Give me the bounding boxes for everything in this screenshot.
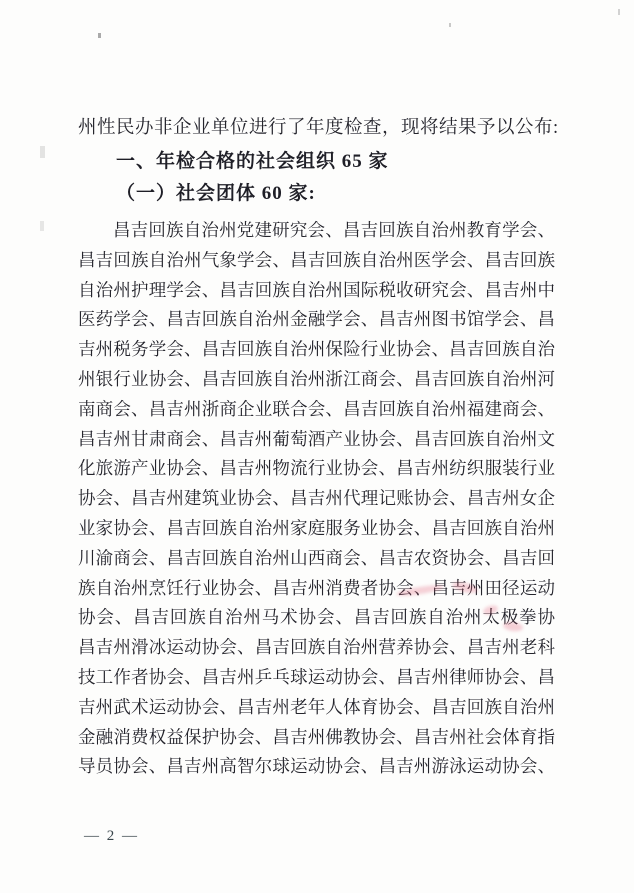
body-line: 昌吉回族自治州党建研究会、昌吉回族自治州教育学会、 xyxy=(78,216,555,246)
scan-speck xyxy=(449,23,451,27)
body-line: 化旅游产业协会、昌吉州物流行业协会、昌吉州纺织服装行业 xyxy=(78,454,555,484)
scan-speck xyxy=(98,33,101,38)
scan-speck xyxy=(618,9,620,15)
page-number: — 2 — xyxy=(84,828,139,845)
scan-edge-mark xyxy=(40,146,45,158)
body-line: 自治州护理学会、昌吉回族自治州国际税收研究会、昌吉州中 xyxy=(78,276,555,306)
body-line: 吉州税务学会、昌吉回族自治州保险行业协会、昌吉回族自治 xyxy=(78,335,555,365)
section-heading: 一、年检合格的社会组织 65 家 xyxy=(78,150,555,182)
body-line: 业家协会、昌吉回族自治州家庭服务业协会、昌吉回族自治州 xyxy=(78,514,555,544)
org-list-paragraph: 昌吉回族自治州党建研究会、昌吉回族自治州教育学会、昌吉回族自治州气象学会、昌吉回… xyxy=(78,216,555,782)
body-line: 州银行业协会、昌吉回族自治州浙江商会、昌吉回族自治州河 xyxy=(78,365,555,395)
subsection-heading: （一）社会团体 60 家: xyxy=(78,182,555,214)
document-body: 州性民办非企业单位进行了年度检查，现将结果予以公布: 一、年检合格的社会组织 6… xyxy=(78,116,555,782)
body-line: 族自治州烹饪行业协会、昌吉州消费者协会、昌吉州田径运动 xyxy=(78,574,555,604)
body-line: 吉州武术运动协会、昌吉州老年人体育协会、昌吉回族自治州 xyxy=(78,693,555,723)
body-line: 川渝商会、昌吉回族自治州山西商会、昌吉农资协会、昌吉回 xyxy=(78,544,555,574)
body-line: 南商会、昌吉州浙商企业联合会、昌吉回族自治州福建商会、 xyxy=(78,395,555,425)
body-line: 协会、昌吉回族自治州马术协会、昌吉回族自治州太极拳协会、 xyxy=(78,603,555,633)
body-line: 导员协会、昌吉州高智尔球运动协会、昌吉州游泳运动协会、 xyxy=(78,752,555,782)
body-line: 金融消费权益保护协会、昌吉州佛教协会、昌吉州社会体育指 xyxy=(78,723,555,753)
paragraph-continuation: 州性民办非企业单位进行了年度检查，现将结果予以公布: xyxy=(78,116,555,150)
body-line: 协会、昌吉州建筑业协会、昌吉州代理记账协会、昌吉州女企 xyxy=(78,484,555,514)
scan-edge-mark xyxy=(40,221,44,231)
body-line: 技工作者协会、昌吉州乒乓球运动协会、昌吉州律师协会、昌 xyxy=(78,663,555,693)
scanned-document-page: 州性民办非企业单位进行了年度检查，现将结果予以公布: 一、年检合格的社会组织 6… xyxy=(0,0,634,893)
body-line: 昌吉州滑冰运动协会、昌吉回族自治州营养协会、昌吉州老科 xyxy=(78,633,555,663)
body-line: 昌吉回族自治州气象学会、昌吉回族自治州医学会、昌吉回族 xyxy=(78,246,555,276)
body-line: 昌吉州甘肃商会、昌吉州葡萄酒产业协会、昌吉回族自治州文 xyxy=(78,425,555,455)
body-line: 医药学会、昌吉回族自治州金融学会、昌吉州图书馆学会、昌 xyxy=(78,305,555,335)
